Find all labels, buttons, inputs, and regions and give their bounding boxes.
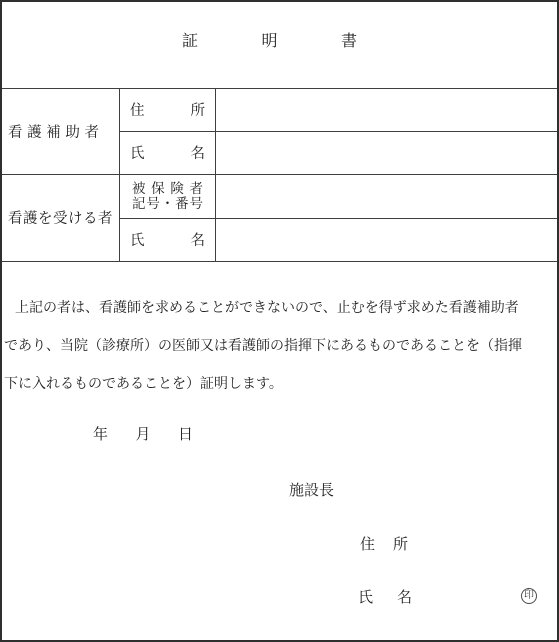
insured-label-char: 被 — [132, 181, 146, 197]
date-year-label: 年 — [93, 427, 108, 444]
insured-label-char: 者 — [189, 181, 203, 197]
name-label-char: 名 — [397, 590, 412, 607]
document-title: 証 明 書 — [182, 33, 357, 51]
address-label-char: 所 — [393, 537, 408, 554]
insured-symbol-number-value-cell — [216, 174, 557, 218]
statement-line: であり、当院（診療所）の医師又は看護師の指揮下にあるものであることを（指揮 — [4, 328, 554, 366]
statement-line: 上記の者は、看護師を求めることができないので、止むを得ず求めた看護補助者 — [4, 290, 554, 328]
table-line — [2, 261, 557, 262]
director-address-label: 住 所 — [360, 537, 408, 554]
name-label-char: 氏 — [358, 590, 373, 607]
facility-director-label: 施設長 — [289, 483, 334, 500]
recipient-name-label: 氏 名 — [120, 218, 215, 261]
seal-character: 印 — [524, 591, 534, 601]
title-char: 明 — [261, 33, 277, 51]
insured-label-char: 号 — [146, 196, 160, 212]
recipient-name-value-cell — [216, 218, 557, 261]
insured-label-char: 号 — [190, 196, 204, 212]
certification-statement: 上記の者は、看護師を求めることができないので、止むを得ず求めた看護補助者 であり… — [4, 290, 554, 404]
assistant-name-value-cell — [216, 131, 557, 174]
name-label-char: 氏 — [130, 142, 145, 163]
assistant-address-value-cell — [216, 88, 557, 131]
assistant-name-label: 氏 名 — [120, 131, 215, 174]
certificate-document: 証 明 書 看 護 補 助 者 住 所 氏 名 看護を受ける者 被 保 険 者 … — [0, 0, 559, 642]
address-label-char: 所 — [191, 99, 206, 120]
insured-label-line1: 被 保 険 者 — [132, 181, 203, 197]
insured-label-char: 保 — [151, 181, 165, 197]
address-label-char: 住 — [360, 537, 375, 554]
insured-label-char: ・ — [161, 196, 175, 212]
row-group-nursing-assistant-label: 看 護 補 助 者 — [2, 88, 119, 174]
assistant-address-label: 住 所 — [120, 88, 215, 131]
statement-line: 下に入れるものであることを）証明します。 — [4, 366, 554, 404]
insured-label-char: 番 — [175, 196, 189, 212]
director-name-label: 氏 名 — [358, 590, 412, 607]
date-month-label: 月 — [135, 427, 150, 444]
date-day-label: 日 — [178, 427, 193, 444]
insured-label-char: 記 — [132, 196, 146, 212]
insured-label-char: 険 — [170, 181, 184, 197]
title-char: 証 — [182, 33, 198, 51]
seal-mark: 印 — [521, 588, 537, 604]
address-label-char: 住 — [130, 99, 145, 120]
insured-label-line2: 記 号 ・ 番 号 — [132, 196, 203, 212]
name-label-char: 名 — [191, 142, 206, 163]
title-char: 書 — [341, 33, 357, 51]
name-label-char: 名 — [191, 229, 206, 250]
insured-symbol-number-label: 被 保 険 者 記 号 ・ 番 号 — [120, 174, 215, 218]
row-group-care-recipient-label: 看護を受ける者 — [2, 174, 119, 261]
date-line: 年 月 日 — [93, 427, 193, 444]
name-label-char: 氏 — [130, 229, 145, 250]
